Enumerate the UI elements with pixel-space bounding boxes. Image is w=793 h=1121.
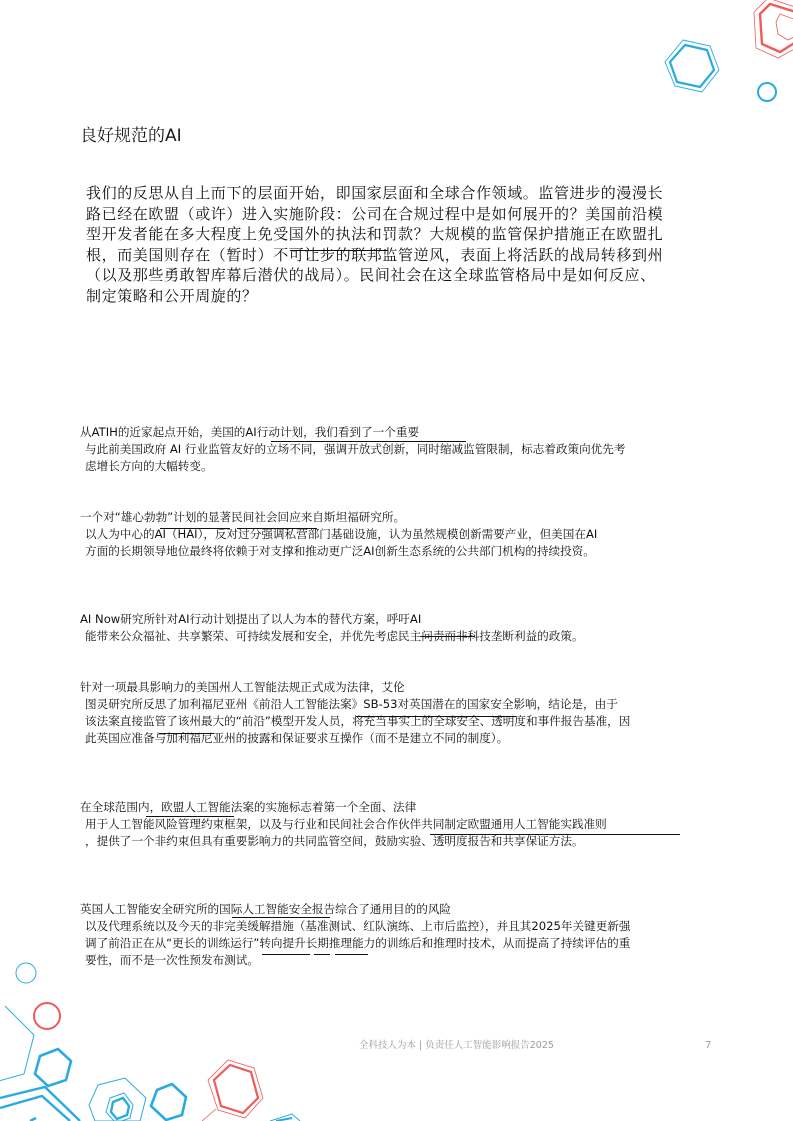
body-block-uk-aisi: 英国人工智能安全研究所的国际人工智能安全报告综合了通用目的的风险 以及代理系统以… [80,901,720,969]
block-line: 虑增长方向的大幅转变。 [80,458,720,475]
section-title: 良好规范的AI [80,124,182,148]
lead-line: 制定策略和公开周旋的？ [86,286,696,307]
lead-line: 我们的反思从自上而下的层面开始，即国家层面和全球合作领域。监管进步的漫漫长 [86,183,696,204]
block-line: 要性，而不是一次性预发布测试。 [80,952,720,969]
block-heading: 针对一项最具影响力的美国州人工智能法规正式成为法律，艾伦 [80,679,720,696]
lead-line: 型开发者能在多大程度上免受国外的执法和罚款？大规模的监管保护措施正在欧盟扎 [86,224,696,245]
overline-rule [237,528,317,529]
page-number: 7 [705,1040,711,1051]
body-block-eu-ai-act: 在全球范围内，欧盟人工智能法案的实施标志着第一个全面、法律 用于人工智能风险管理… [80,799,720,850]
block-heading: 从ATIH的近家起点开始，美国的AI行动计划，我们看到了一个重要 [80,424,720,441]
top-right-hexagon-decoration [640,0,793,120]
block-line: ，提供了一个非约束但具有重要影响力的共同监管空间，鼓励实验、透明度报告和共享保证… [80,833,720,850]
block-line: 图灵研究所反思了加利福尼亚州《前沿人工智能法案》SB-53对英国潜在的国家安全影… [80,696,720,713]
block-line: 以及代理系统以及今天的非完美缓解措施（基准测试、红队演练、上市后监控），并且其2… [80,918,720,935]
lead-line: （以及那些勇敢智库幕后潜伏的战局）。民间社会在这全球监管格局中是如何反应、 [86,265,696,286]
strike-rule [356,716,516,717]
overline-rule [146,816,234,817]
block-heading: 一个对“雄心勃勃”计划的显著民间社会回应来自斯坦福研究所。 [80,509,720,526]
overline-rule [232,917,330,918]
trailing-rule [262,954,310,955]
block-line: 用于人工智能风险管理约束框架，以及与行业和民间社会合作伙伴共同制定欧盟通用人工智… [80,816,720,833]
bottom-left-hexagon-decoration [0,960,320,1121]
block-heading: 在全球范围内，欧盟人工智能法案的实施标志着第一个全面、法律 [80,799,720,816]
body-block-us-action-plan: 从ATIH的近家起点开始，美国的AI行动计划，我们看到了一个重要 与此前美国政府… [80,424,720,475]
block-line: 调了前沿正在从“更长的训练运行”转向提升长期推理能力的训练后和推理时技术，从而提… [80,935,720,952]
trailing-rule [314,954,330,955]
lead-paragraph: 我们的反思从自上而下的层面开始，即国家层面和全球合作领域。监管进步的漫漫长 路已… [86,183,696,306]
footer-report-title: 全科技人为本 | 负责任人工智能影响报告2025 [359,1037,554,1051]
strike-rule [430,834,680,835]
block-line: 能带来公众福祉、共享繁荣、可持续发展和安全，并优先考虑民主问责而非科技垄断利益的… [80,628,720,645]
block-line: 方面的长期领导地位最终将依赖于对支撑和推动更广泛AI创新生态系统的公共部门机构的… [80,543,720,560]
overline-rule [271,441,466,442]
strike-rule [420,636,475,637]
block-heading: 英国人工智能安全研究所的国际人工智能安全报告综合了通用目的的风险 [80,901,720,918]
body-block-stanford-hai: 一个对“雄心勃勃”计划的显著民间社会回应来自斯坦福研究所。 以人为中心的AI（H… [80,509,720,560]
lead-line: 根，而美国则存在（暂时）不可让步的联邦监管逆风，表面上将活跃的战局转移到州 [86,245,696,266]
strike-rule [290,250,388,251]
strike-rule [159,733,214,734]
overline-rule [160,528,230,529]
body-block-ai-now: AI Now研究所针对AI行动计划提出了以人为本的替代方案，呼吁AI 能带来公众… [80,611,720,645]
trailing-rule [335,954,368,955]
body-block-turing-sb53: 针对一项最具影响力的美国州人工智能法规正式成为法律，艾伦 图灵研究所反思了加利福… [80,679,720,747]
lead-line: 路已经在欧盟（或许）进入实施阶段：公司在合规过程中是如何展开的？美国前沿模 [86,204,696,225]
block-heading: AI Now研究所针对AI行动计划提出了以人为本的替代方案，呼吁AI [80,611,720,628]
block-line: 与此前美国政府 AI 行业监管友好的立场不同，强调开放式创新，同时缩减监管限制，… [80,441,720,458]
